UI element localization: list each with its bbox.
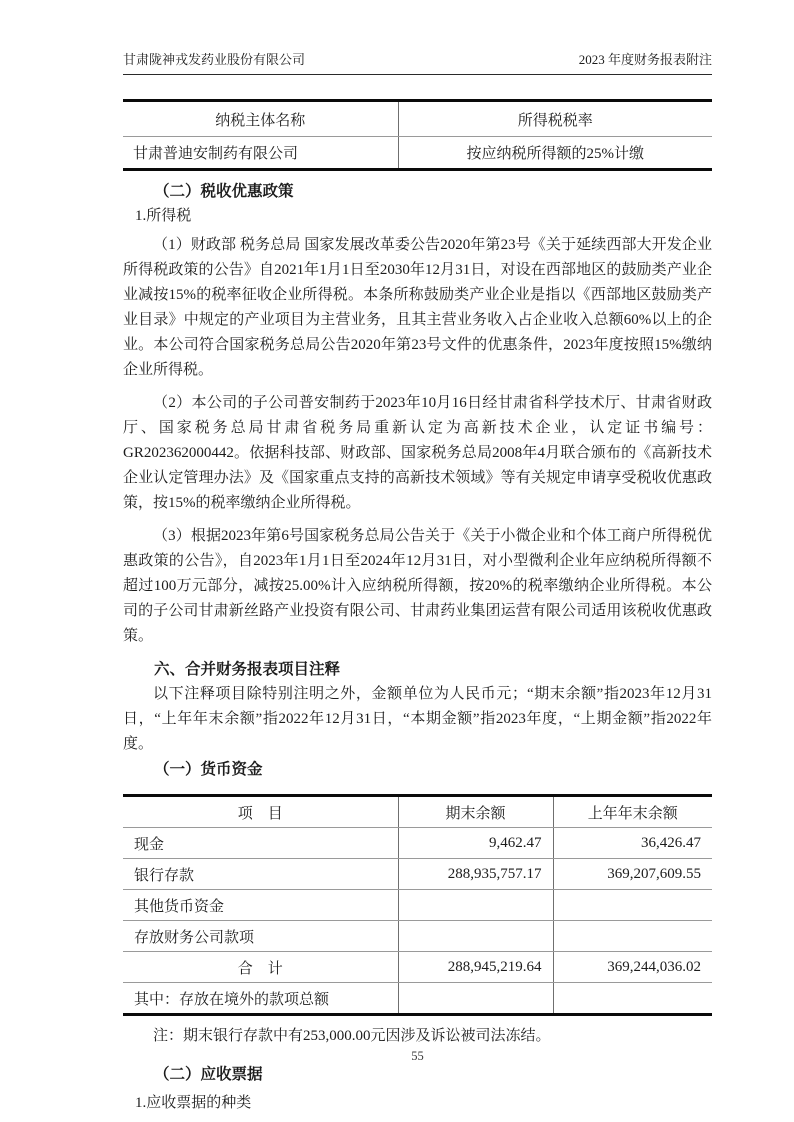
tax-rate-cell: 按应纳税所得额的25%计缴 — [398, 137, 712, 170]
item-cell: 存放财务公司款项 — [123, 921, 398, 952]
column-header-rate: 所得税税率 — [398, 101, 712, 137]
bank-deposit-note: 注：期末银行存款中有253,000.00元因涉及诉讼被司法冻结。 — [123, 1025, 712, 1047]
paragraph-small-enterprise: （3）根据2023年第6号国家税务总局公告关于《关于小微企业和个体工商户所得税优… — [123, 524, 712, 649]
column-header-entity: 纳税主体名称 — [123, 101, 398, 137]
page-content: 甘肃陇神戎发药业股份有限公司 2023 年度财务报表附注 纳税主体名称 所得税税… — [123, 0, 712, 1116]
table-row: 现金 9,462.47 36,426.47 — [123, 828, 712, 859]
prior-balance-cell — [553, 890, 712, 921]
column-header-prior-year-balance: 上年年末余额 — [553, 796, 712, 828]
table-row: 存放财务公司款项 — [123, 921, 712, 952]
prior-balance-cell — [553, 983, 712, 1015]
paragraph-notes-intro: 以下注释项目除特别注明之外，金额单位为人民币元；“期末余额”指2023年12月3… — [123, 682, 712, 757]
closing-balance-cell: 288,945,219.64 — [398, 952, 553, 983]
table-row: 银行存款 288,935,757.17 369,207,609.55 — [123, 859, 712, 890]
subheading-receivable-types: 1.应收票据的种类 — [123, 1091, 712, 1116]
prior-balance-cell — [553, 921, 712, 952]
monetary-funds-table: 项 目 期末余额 上年年末余额 现金 9,462.47 36,426.47 银行… — [123, 794, 712, 1016]
item-cell: 现金 — [123, 828, 398, 859]
total-label-cell: 合 计 — [123, 952, 398, 983]
item-cell: 其他货币资金 — [123, 890, 398, 921]
column-header-closing-balance: 期末余额 — [398, 796, 553, 828]
prior-balance-cell: 369,244,036.02 — [553, 952, 712, 983]
closing-balance-cell — [398, 983, 553, 1015]
section-heading-consolidated-notes: 六、合并财务报表项目注释 — [123, 657, 712, 682]
section-heading-monetary-funds: （一）货币资金 — [123, 757, 712, 782]
closing-balance-cell — [398, 921, 553, 952]
page-number: 55 — [123, 1049, 712, 1064]
subheading-income-tax: 1.所得税 — [123, 204, 712, 229]
tax-entity-cell: 甘肃普迪安制药有限公司 — [123, 137, 398, 170]
closing-balance-cell: 288,935,757.17 — [398, 859, 553, 890]
table-row-total: 合 计 288,945,219.64 369,244,036.02 — [123, 952, 712, 983]
column-header-item: 项 目 — [123, 796, 398, 828]
item-cell: 其中：存放在境外的款项总额 — [123, 983, 398, 1015]
paragraph-west-development: （1）财政部 税务总局 国家发展改革委公告2020年第23号《关于延续西部大开发… — [123, 233, 712, 383]
company-name: 甘肃陇神戎发药业股份有限公司 — [123, 52, 305, 67]
prior-balance-cell: 36,426.47 — [553, 828, 712, 859]
running-header: 甘肃陇神戎发药业股份有限公司 2023 年度财务报表附注 — [123, 52, 712, 75]
prior-balance-cell: 369,207,609.55 — [553, 859, 712, 890]
tax-entity-table: 纳税主体名称 所得税税率 甘肃普迪安制药有限公司 按应纳税所得额的25%计缴 — [123, 99, 712, 171]
closing-balance-cell — [398, 890, 553, 921]
table-header-row: 项 目 期末余额 上年年末余额 — [123, 796, 712, 828]
closing-balance-cell: 9,462.47 — [398, 828, 553, 859]
table-row: 甘肃普迪安制药有限公司 按应纳税所得额的25%计缴 — [123, 137, 712, 170]
table-row: 其中：存放在境外的款项总额 — [123, 983, 712, 1015]
report-title: 2023 年度财务报表附注 — [579, 52, 712, 67]
item-cell: 银行存款 — [123, 859, 398, 890]
table-row: 其他货币资金 — [123, 890, 712, 921]
table-header-row: 纳税主体名称 所得税税率 — [123, 101, 712, 137]
section-heading-receivable-notes: （二）应收票据 — [123, 1062, 712, 1087]
section-heading-tax-policy: （二）税收优惠政策 — [123, 179, 712, 204]
paragraph-high-tech: （2）本公司的子公司普安制药于2023年10月16日经甘肃省科学技术厅、甘肃省财… — [123, 391, 712, 516]
